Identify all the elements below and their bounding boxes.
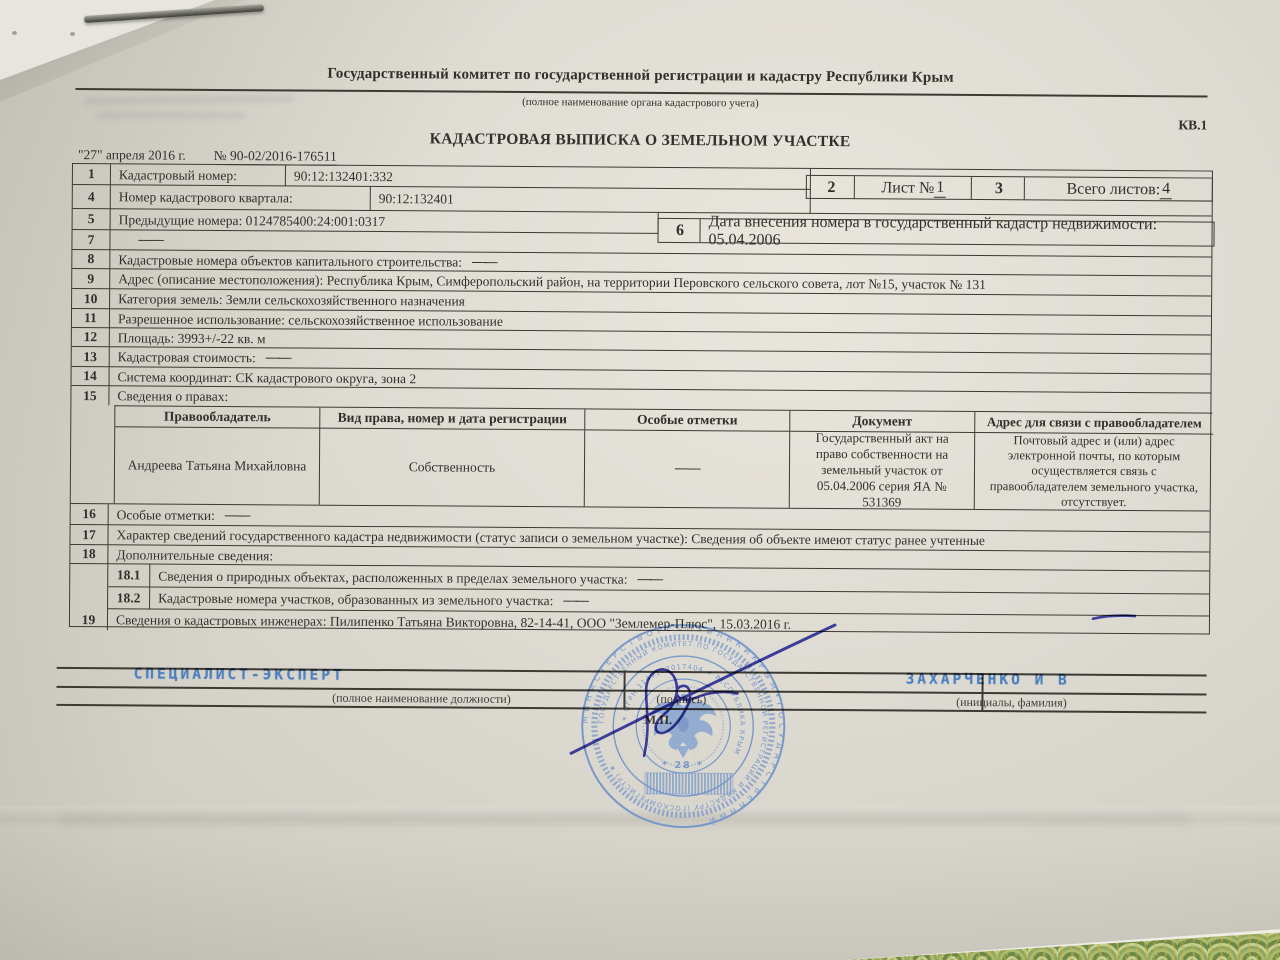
row-number: 13: [72, 347, 110, 367]
row-label: Кадастровый номер:: [111, 164, 286, 186]
row-subnumber: 18.2: [108, 587, 150, 609]
row-number: 7: [72, 230, 110, 250]
cell-number: 2: [807, 176, 855, 198]
holder-address: Почтовый адрес и (или) адрес электронной…: [975, 433, 1213, 511]
row-number: 10: [72, 289, 110, 309]
name-stamp-text: ЗАХАРЧЕНКО И В: [906, 672, 1070, 689]
row-number: 1: [73, 164, 111, 185]
row-number: 8: [72, 250, 110, 269]
row-text-label: Кадастровая стоимость:: [118, 349, 256, 366]
position-caption: (полное наименование должности): [291, 690, 551, 707]
position-stamp-text: СПЕЦИАЛИСТ-ЭКСПЕРТ: [134, 666, 345, 683]
total-value: 4: [1160, 180, 1172, 199]
row-value: 90:12:132401: [371, 187, 811, 214]
total-sheets: Всего листов: 4: [1025, 177, 1212, 200]
row-number: 15: [71, 386, 109, 405]
issue-date: "27" апреля 2016 г.: [78, 147, 186, 163]
document-photo: Государственный комитет по государственн…: [0, 0, 1280, 960]
row-number: 14: [72, 367, 110, 386]
cell-number: 6: [658, 219, 700, 242]
form-code: КВ.1: [1040, 116, 1207, 133]
date-line: "27" апреля 2016 г.№ 90-02/2016-176511: [78, 147, 337, 165]
empty-dash: ——: [472, 253, 496, 269]
row-subnumber: 18.1: [108, 564, 150, 587]
row-number: 17: [70, 525, 108, 545]
right-type: Собственность: [320, 429, 585, 507]
rights-data-row: Андреева Татьяна Михайловна Собственност…: [115, 427, 1212, 510]
row-number: 9: [72, 269, 110, 289]
org-header: Государственный комитет по государственн…: [1, 64, 1280, 89]
column-header: Особые отметки: [585, 409, 790, 431]
right-document: Государственный акт на право собственнос…: [790, 432, 976, 509]
total-label: Всего листов:: [1066, 180, 1160, 199]
row-number: 19: [70, 609, 108, 630]
handwritten-signature: [536, 583, 867, 785]
row-number: 4: [73, 185, 111, 209]
row-label: Номер кадастрового квартала:: [111, 185, 371, 211]
registry-date-text: Дата внесения номера в государственный к…: [700, 219, 1213, 245]
sheet-counter-strip: 2 Лист № 1 3 Всего листов: 4: [806, 175, 1213, 202]
registry-date-strip: 6 Дата внесения номера в государственный…: [657, 218, 1214, 247]
row-text-label: Кадастровые номера объектов капитального…: [118, 252, 462, 270]
row-text-label: Особые отметки:: [117, 507, 215, 524]
row-text-label: Кадастровые номера участков, образованны…: [158, 591, 553, 610]
row-number: 16: [71, 504, 109, 525]
row-number: 18: [70, 545, 108, 564]
row-indent: [70, 564, 108, 587]
empty-dash: ——: [266, 349, 290, 365]
cell-number: 3: [972, 177, 1025, 199]
row-number: 12: [72, 328, 110, 347]
column-header: Адрес для связи с правообладателем: [975, 412, 1213, 435]
empty-dash: ——: [675, 460, 699, 477]
special-notes: ——: [585, 430, 790, 507]
row-number: 5: [73, 209, 111, 230]
rights-section: 15 Сведения о правах: Правообладатель Ви…: [71, 386, 1211, 512]
sheet-label: Лист №: [881, 179, 934, 197]
empty-dash: ——: [138, 231, 162, 247]
right-holder: Андреева Татьяна Михайловна: [115, 427, 320, 504]
row-number: 11: [72, 309, 110, 328]
column-header: Правообладатель: [115, 406, 320, 428]
column-header: Вид права, номер и дата регистрации: [320, 408, 585, 431]
sheet-number: Лист № 1: [855, 176, 972, 199]
empty-dash: ——: [225, 507, 249, 523]
name-caption: (инициалы, фамилия): [911, 695, 1111, 711]
pen-mark: [1087, 607, 1147, 627]
sheet-value: 1: [934, 179, 946, 198]
rights-table: Правообладатель Вид права, номер и дата …: [114, 405, 1213, 510]
row-indent: [70, 587, 108, 609]
document-sheet: Государственный комитет по государственн…: [0, 0, 1280, 960]
